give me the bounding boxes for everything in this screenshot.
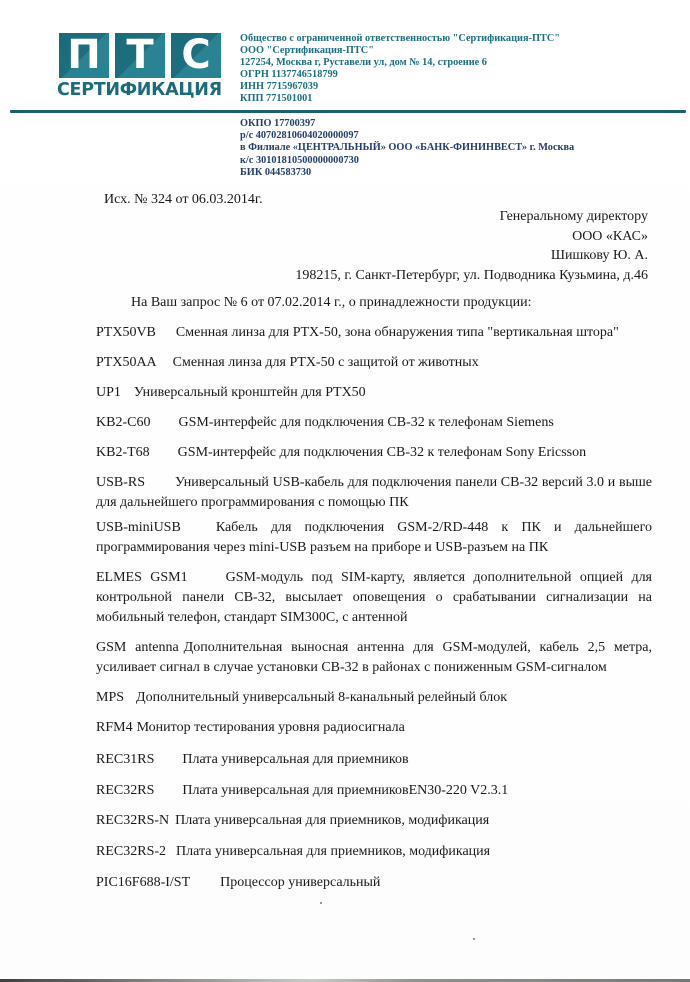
- product-code: REC32RS-2: [96, 844, 166, 859]
- product-item: RFM4Монитор тестирования уровня радиосиг…: [96, 718, 652, 738]
- addressee-address: 198215, г. Санкт-Петербург, ул. Подводни…: [295, 266, 648, 286]
- product-code: MPS: [96, 690, 124, 705]
- product-description: Процессор универсальный: [220, 875, 380, 890]
- company-short-name: ООО "Сертификация-ПТС": [240, 45, 560, 57]
- product-item: GSM antennaДополнительная выносная антен…: [96, 638, 652, 678]
- addressee-name: Шишкову Ю. А.: [295, 246, 648, 266]
- product-description: GSM-интерфейс для подключения CB-32 к те…: [178, 445, 586, 460]
- product-item: PTX50VBСменная линза для PTX-50, зона об…: [96, 323, 652, 343]
- letterhead-divider: [10, 110, 686, 113]
- logo-letter-s: С: [171, 33, 221, 78]
- product-code: REC31RS: [96, 752, 154, 767]
- logo-subtitle: СЕРТИФИКАЦИЯ: [57, 80, 227, 100]
- product-item: KB2-T68GSM-интерфейс для подключения CB-…: [96, 443, 652, 463]
- product-description: Плата универсальная для приемников, моди…: [176, 844, 490, 859]
- product-code: ELMES GSM1: [96, 570, 188, 585]
- logo-letter-t: Т: [115, 33, 165, 78]
- bank-okpo: ОКПО 17700397: [240, 118, 574, 130]
- product-item: REC32RS-NПлата универсальная для приемни…: [96, 811, 652, 831]
- bank-branch: в Филиале «ЦЕНТРАЛЬНЫЙ» ООО «БАНК-ФИНИНВ…: [240, 142, 574, 154]
- letter-page: П Т С СЕРТИФИКАЦИЯ Общество с ограниченн…: [0, 0, 690, 982]
- product-description: Плата универсальная для приемников: [182, 752, 408, 767]
- scan-speck: [320, 902, 322, 904]
- logo-letter-boxes: П Т С: [59, 33, 221, 78]
- product-code: REC32RS-N: [96, 813, 169, 828]
- product-code: PTX50VB: [96, 325, 156, 340]
- product-description: GSM-интерфейс для подключения CB-32 к те…: [178, 415, 553, 430]
- product-description: Сменная линза для PTX-50 с защитой от жи…: [173, 355, 479, 370]
- product-item: MPSДополнительный универсальный 8-каналь…: [96, 688, 652, 708]
- scan-speck: [473, 938, 475, 940]
- product-code: RFM4: [96, 720, 133, 735]
- product-item: REC31RSПлата универсальная для приемнико…: [96, 750, 652, 770]
- product-item: USB-RSУниверсальный USB-кабель для подкл…: [96, 473, 652, 513]
- company-logo: П Т С СЕРТИФИКАЦИЯ: [57, 33, 227, 103]
- product-item: PTX50AAСменная линза для PTX-50 с защито…: [96, 353, 652, 373]
- bank-corr-account: к/с 30101810500000000730: [240, 155, 574, 167]
- company-full-name: Общество с ограниченной ответственностью…: [240, 33, 560, 45]
- addressee-position: Генеральному директору: [295, 207, 648, 227]
- product-description: Универсальный кронштейн для PTX50: [134, 385, 366, 400]
- product-description: Дополнительный универсальный 8-канальный…: [136, 690, 507, 705]
- product-code: KB2-C60: [96, 415, 150, 430]
- bank-details: ОКПО 17700397 р/с 40702810604020000097 в…: [240, 118, 574, 179]
- product-item: USB-miniUSBКабель для подключения GSM-2/…: [96, 518, 652, 558]
- product-item: REC32RSПлата универсальная для приемнико…: [96, 781, 652, 801]
- company-address: 127254, Москва г, Руставели ул, дом № 14…: [240, 57, 560, 69]
- product-description: Дополнительная выносная антенна для GSM-…: [96, 640, 652, 675]
- addressee-company: ООО «КАС»: [295, 227, 648, 247]
- product-code: USB-miniUSB: [96, 520, 181, 535]
- product-code: PTX50AA: [96, 355, 157, 370]
- product-item: KB2-C60GSM-интерфейс для подключения CB-…: [96, 413, 652, 433]
- letter-intro: На Ваш запрос № 6 от 07.02.2014 г., о пр…: [131, 295, 531, 311]
- bank-bik: БИК 044583730: [240, 167, 574, 179]
- logo-letter-p: П: [59, 33, 109, 78]
- company-inn: ИНН 7715967039: [240, 81, 560, 93]
- product-code: PIC16F688-I/ST: [96, 875, 190, 890]
- product-code: GSM antenna: [96, 640, 179, 655]
- company-details: Общество с ограниченной ответственностью…: [240, 33, 560, 106]
- product-description: Сменная линза для PTX-50, зона обнаружен…: [176, 325, 619, 340]
- product-code: KB2-T68: [96, 445, 150, 460]
- product-code: REC32RS: [96, 783, 154, 798]
- product-description: Монитор тестирования уровня радиосигнала: [137, 720, 405, 735]
- company-kpp: КПП 771501001: [240, 93, 560, 105]
- company-ogrn: ОГРН 1137746518799: [240, 69, 560, 81]
- addressee-block: Генеральному директору ООО «КАС» Шишкову…: [295, 207, 648, 285]
- product-code: USB-RS: [96, 475, 145, 490]
- product-code: UP1: [96, 385, 121, 400]
- product-item: UP1Универсальный кронштейн для PTX50: [96, 383, 652, 403]
- product-item: REC32RS-2Плата универсальная для приемни…: [96, 842, 652, 862]
- product-item: ELMES GSM1GSM-модуль под SIM-карту, явля…: [96, 568, 652, 628]
- outgoing-reference: Исх. № 324 от 06.03.2014г.: [104, 192, 263, 208]
- product-description: Плата универсальная для приемников, моди…: [175, 813, 489, 828]
- product-description: Универсальный USB-кабель для подключения…: [96, 475, 652, 510]
- bank-account: р/с 40702810604020000097: [240, 130, 574, 142]
- product-item: PIC16F688-I/STПроцессор универсальный: [96, 873, 652, 893]
- product-description: Плата универсальная для приемниковEN30-2…: [182, 783, 508, 798]
